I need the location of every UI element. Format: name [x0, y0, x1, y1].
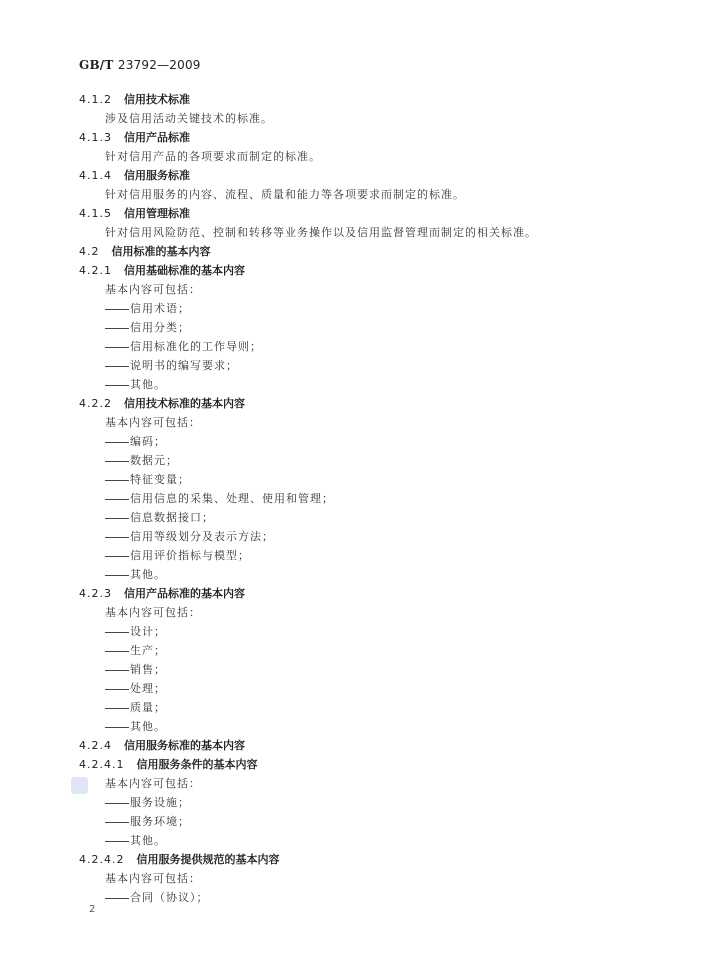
- standard-code: GB/T: [79, 58, 114, 72]
- list-item-text: 其他。: [130, 378, 166, 391]
- em-dash-bullet: [105, 651, 129, 652]
- list-item-text: 信用评价指标与模型；: [130, 549, 250, 562]
- list-item-text: 设计；: [130, 625, 166, 638]
- paragraph: 针对信用产品的各项要求而制定的标准。: [79, 147, 659, 166]
- list-item-text: 服务环境；: [130, 815, 190, 828]
- em-dash-bullet: [105, 385, 129, 386]
- list-item-text: 信用分类；: [130, 321, 190, 334]
- section-title: 信用技术标准的基本内容: [124, 397, 245, 410]
- list-item: 信用评价指标与模型；: [79, 546, 659, 565]
- section-heading: 4.2.4.2信用服务提供规范的基本内容: [79, 850, 659, 869]
- em-dash-bullet: [105, 309, 129, 310]
- list-item: 其他。: [79, 717, 659, 736]
- list-item: 信用分类；: [79, 318, 659, 337]
- list-item: 设计；: [79, 622, 659, 641]
- list-item: 处理；: [79, 679, 659, 698]
- em-dash-bullet: [105, 727, 129, 728]
- em-dash-bullet: [105, 575, 129, 576]
- paragraph: 针对信用服务的内容、流程、质量和能力等各项要求而制定的标准。: [79, 185, 659, 204]
- list-item-text: 特征变量；: [130, 473, 190, 486]
- em-dash-bullet: [105, 366, 129, 367]
- em-dash-bullet: [105, 803, 129, 804]
- em-dash-bullet: [105, 461, 129, 462]
- list-item-text: 处理；: [130, 682, 166, 695]
- paragraph: 基本内容可包括：: [79, 413, 659, 432]
- list-item: 服务环境；: [79, 812, 659, 831]
- list-item: 销售；: [79, 660, 659, 679]
- section-heading: 4.2.3信用产品标准的基本内容: [79, 584, 659, 603]
- watermark-icon: [71, 777, 88, 794]
- list-item: 其他。: [79, 831, 659, 850]
- list-item: 生产；: [79, 641, 659, 660]
- list-item: 质量；: [79, 698, 659, 717]
- list-item-text: 信息数据接口；: [130, 511, 214, 524]
- em-dash-bullet: [105, 556, 129, 557]
- section-number: 4.2.4: [79, 736, 112, 755]
- section-number: 4.2.4.2: [79, 850, 124, 869]
- section-number: 4.2.1: [79, 261, 112, 280]
- section-heading: 4.1.4信用服务标准: [79, 166, 659, 185]
- section-number: 4.2.3: [79, 584, 112, 603]
- section-title: 信用服务提供规范的基本内容: [136, 853, 279, 866]
- document-header: GB/T 23792—2009: [79, 58, 201, 72]
- section-number: 4.1.2: [79, 90, 112, 109]
- section-heading: 4.2.4信用服务标准的基本内容: [79, 736, 659, 755]
- section-title: 信用产品标准的基本内容: [124, 587, 245, 600]
- list-item: 其他。: [79, 565, 659, 584]
- section-number: 4.2: [79, 242, 100, 261]
- list-item-text: 其他。: [130, 568, 166, 581]
- list-item-text: 合同（协议）；: [130, 891, 209, 904]
- standard-number: 23792—2009: [118, 58, 201, 72]
- em-dash-bullet: [105, 499, 129, 500]
- section-title: 信用服务标准: [124, 169, 190, 182]
- paragraph: 基本内容可包括：: [79, 869, 659, 888]
- list-item-text: 说明书的编写要求；: [130, 359, 238, 372]
- em-dash-bullet: [105, 632, 129, 633]
- section-heading: 4.1.5信用管理标准: [79, 204, 659, 223]
- em-dash-bullet: [105, 670, 129, 671]
- list-item: 数据元；: [79, 451, 659, 470]
- list-item: 编码；: [79, 432, 659, 451]
- list-item: 信用等级划分及表示方法；: [79, 527, 659, 546]
- list-item: 特征变量；: [79, 470, 659, 489]
- list-item-text: 信用术语；: [130, 302, 190, 315]
- paragraph: 基本内容可包括：: [79, 280, 659, 299]
- em-dash-bullet: [105, 822, 129, 823]
- section-heading: 4.1.3信用产品标准: [79, 128, 659, 147]
- list-item-text: 信用信息的采集、处理、使用和管理；: [130, 492, 334, 505]
- section-number: 4.2.4.1: [79, 755, 124, 774]
- em-dash-bullet: [105, 480, 129, 481]
- list-item: 说明书的编写要求；: [79, 356, 659, 375]
- em-dash-bullet: [105, 841, 129, 842]
- list-item: 合同（协议）；: [79, 888, 659, 907]
- em-dash-bullet: [105, 347, 129, 348]
- em-dash-bullet: [105, 537, 129, 538]
- em-dash-bullet: [105, 442, 129, 443]
- section-title: 信用服务标准的基本内容: [124, 739, 245, 752]
- list-item: 服务设施；: [79, 793, 659, 812]
- list-item: 其他。: [79, 375, 659, 394]
- section-number: 4.2.2: [79, 394, 112, 413]
- list-item-text: 信用标准化的工作导则；: [130, 340, 262, 353]
- section-title: 信用标准的基本内容: [112, 245, 211, 258]
- section-heading: 4.2信用标准的基本内容: [79, 242, 659, 261]
- paragraph: 基本内容可包括：: [79, 603, 659, 622]
- list-item-text: 质量；: [130, 701, 166, 714]
- list-item: 信息数据接口；: [79, 508, 659, 527]
- section-number: 4.1.4: [79, 166, 112, 185]
- section-title: 信用技术标准: [124, 93, 190, 106]
- section-title: 信用基础标准的基本内容: [124, 264, 245, 277]
- list-item-text: 生产；: [130, 644, 166, 657]
- list-item: 信用信息的采集、处理、使用和管理；: [79, 489, 659, 508]
- section-title: 信用管理标准: [124, 207, 190, 220]
- section-title: 信用产品标准: [124, 131, 190, 144]
- em-dash-bullet: [105, 689, 129, 690]
- list-item-text: 服务设施；: [130, 796, 190, 809]
- section-number: 4.1.3: [79, 128, 112, 147]
- list-item-text: 销售；: [130, 663, 166, 676]
- section-number: 4.1.5: [79, 204, 112, 223]
- em-dash-bullet: [105, 518, 129, 519]
- section-title: 信用服务条件的基本内容: [136, 758, 257, 771]
- list-item-text: 其他。: [130, 834, 166, 847]
- section-heading: 4.2.2信用技术标准的基本内容: [79, 394, 659, 413]
- em-dash-bullet: [105, 708, 129, 709]
- list-item: 信用标准化的工作导则；: [79, 337, 659, 356]
- page-number: 2: [89, 904, 95, 915]
- list-item: 信用术语；: [79, 299, 659, 318]
- paragraph: 涉及信用活动关键技术的标准。: [79, 109, 659, 128]
- section-heading: 4.2.4.1信用服务条件的基本内容: [79, 755, 659, 774]
- em-dash-bullet: [105, 328, 129, 329]
- section-heading: 4.1.2信用技术标准: [79, 90, 659, 109]
- list-item-text: 数据元；: [130, 454, 178, 467]
- paragraph: 基本内容可包括：: [79, 774, 659, 793]
- list-item-text: 信用等级划分及表示方法；: [130, 530, 274, 543]
- document-body: 4.1.2信用技术标准涉及信用活动关键技术的标准。4.1.3信用产品标准针对信用…: [79, 90, 659, 907]
- list-item-text: 其他。: [130, 720, 166, 733]
- paragraph: 针对信用风险防范、控制和转移等业务操作以及信用监督管理而制定的相关标准。: [79, 223, 659, 242]
- section-heading: 4.2.1信用基础标准的基本内容: [79, 261, 659, 280]
- list-item-text: 编码；: [130, 435, 166, 448]
- em-dash-bullet: [105, 898, 129, 899]
